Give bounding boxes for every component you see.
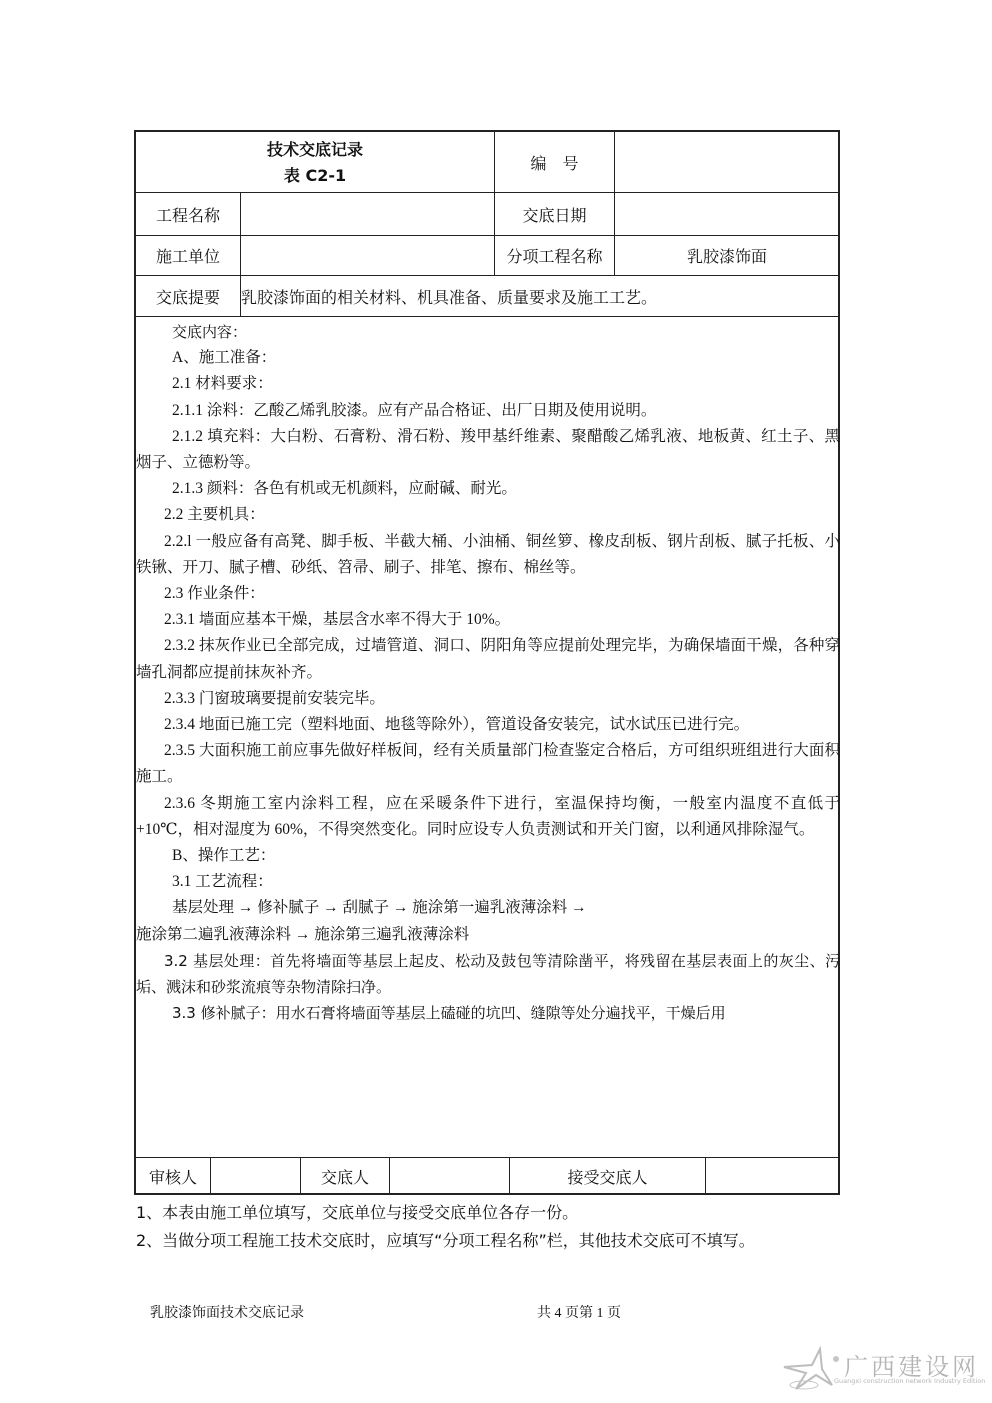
watermark-subtitle: Guangxi construction network Industry Ed… xyxy=(834,1377,985,1385)
note-2: 2、当做分项工程施工技术交底时，应填写“分项工程名称”栏，其他技术交底可不填写。 xyxy=(136,1228,755,1251)
presenter-field[interactable] xyxy=(390,1158,509,1195)
form-code: 表 C2-1 xyxy=(284,163,346,189)
content-line: 2.3.5 大面积施工前应事先做好样板间，经有关质量部门检查鉴定合格后，方可组织… xyxy=(136,738,840,790)
form-title: 技术交底记录 xyxy=(267,137,363,163)
contractor-field[interactable] xyxy=(241,236,494,275)
footer-page-info: 共 4 页第 1 页 xyxy=(537,1302,621,1322)
subproject-field[interactable]: 乳胶漆饰面 xyxy=(615,236,839,275)
content-line: 3.2 基层处理：首先将墙面等基层上起皮、松动及鼓包等清除凿平，将残留在基层表面… xyxy=(136,948,840,1000)
subproject-label: 分项工程名称 xyxy=(495,236,614,275)
content-body: 交底内容： A、施工准备： 2.1 材料要求： 2.1.1 涂料：乙酸乙烯乳胶漆… xyxy=(136,319,840,1026)
summary-label: 交底提要 xyxy=(136,276,240,316)
note-1: 1、本表由施工单位填写，交底单位与接受交底单位各存一份。 xyxy=(136,1200,578,1223)
receiver-field[interactable] xyxy=(706,1158,839,1195)
date-field[interactable] xyxy=(615,193,839,235)
content-line: 2.1.3 颜料：各色有机或无机颜料，应耐碱、耐光。 xyxy=(136,476,840,502)
content-line: 2.2.l 一般应备有高凳、脚手板、半截大桶、小油桶、铜丝箩、橡皮刮板、钢片刮板… xyxy=(136,529,840,581)
footer-doc-title: 乳胶漆饰面技术交底记录 xyxy=(150,1302,304,1322)
content-line: 3.3 修补腻子：用水石膏将墙面等基层上磕碰的坑凹、缝隙等处分遍找平，干燥后用 xyxy=(136,1000,840,1026)
reviewer-label: 审核人 xyxy=(136,1158,210,1195)
content-line: 2.3.2 抹灰作业已全部完成，过墙管道、洞口、阴阳角等应提前处理完毕，为确保墙… xyxy=(136,633,840,685)
content-line: 2.3.6 冬期施工室内涂料工程，应在采暖条件下进行，室温保持均衡，一般室内温度… xyxy=(136,791,840,843)
row-divider xyxy=(134,316,840,317)
content-line: 2.3.3 门窗玻璃要提前安装完毕。 xyxy=(136,686,840,712)
star-logo-icon xyxy=(782,1345,840,1393)
content-line: 2.1.2 填充料：大白粉、石膏粉、滑石粉、羧甲基纤维素、聚醋酸乙烯乳液、地板黄… xyxy=(136,424,840,476)
content-line: B、操作工艺： xyxy=(136,843,840,869)
summary-field[interactable]: 乳胶漆饰面的相关材料、机具准备、质量要求及施工工艺。 xyxy=(236,276,839,316)
project-name-field[interactable] xyxy=(241,193,494,235)
content-line: 2.3.1 墙面应基本干燥，基层含水率不得大于 10%。 xyxy=(136,607,840,633)
content-line: 2.3 作业条件： xyxy=(136,581,840,607)
content-line: 2.1 材料要求： xyxy=(136,371,840,397)
content-heading: 交底内容： xyxy=(136,319,840,345)
watermark-logo: 广西建设网 Guangxi construction network Indus… xyxy=(782,1345,982,1395)
content-line: 2.1.1 涂料：乙酸乙烯乳胶漆。应有产品合格证、出厂日期及使用说明。 xyxy=(136,398,840,424)
date-label: 交底日期 xyxy=(495,193,614,235)
number-field[interactable] xyxy=(615,132,839,192)
presenter-label: 交底人 xyxy=(301,1158,389,1195)
content-line: 基层处理 → 修补腻子 → 刮腻子 → 施涂第一遍乳液薄涂料 → xyxy=(136,895,840,921)
form-title-block: 技术交底记录 表 C2-1 xyxy=(136,134,494,192)
number-label: 编 号 xyxy=(495,132,614,192)
content-line: 2.3.4 地面已施工完（塑料地面、地毯等除外），管道设备安装完，试水试压已进行… xyxy=(136,712,840,738)
content-line: 2.2 主要机具： xyxy=(136,502,840,528)
reviewer-field[interactable] xyxy=(211,1158,300,1195)
content-line: A、施工准备： xyxy=(136,345,840,371)
contractor-label: 施工单位 xyxy=(136,236,240,275)
receiver-label: 接受交底人 xyxy=(510,1158,705,1195)
content-line: 施涂第二遍乳液薄涂料 → 施涂第三遍乳液薄涂料 xyxy=(136,922,840,948)
project-name-label: 工程名称 xyxy=(136,193,240,235)
content-line: 3.1 工艺流程： xyxy=(136,869,840,895)
